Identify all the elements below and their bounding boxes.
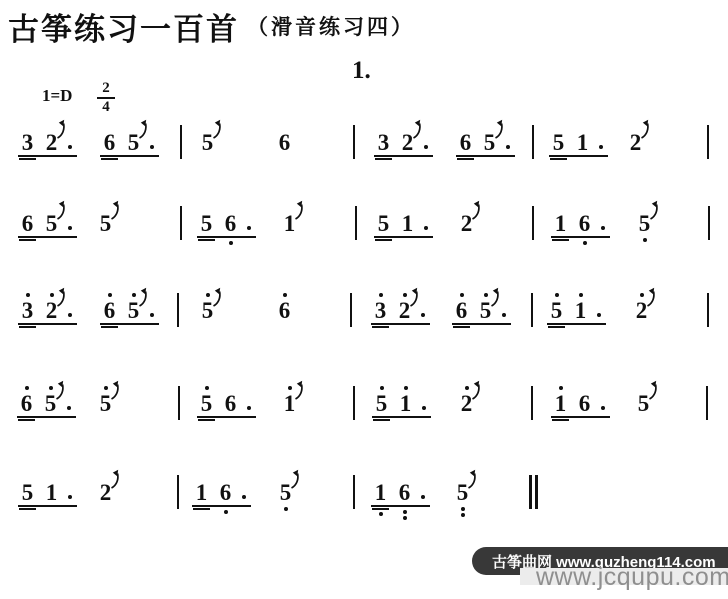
octave-dot-low — [461, 513, 465, 517]
note: 6 — [19, 393, 34, 415]
barline — [180, 206, 182, 240]
augmentation-dot — [68, 313, 72, 317]
upward-slide-icon — [289, 469, 302, 489]
note-group: 65 — [452, 300, 511, 325]
note: 2 — [459, 213, 474, 235]
octave-dot-high — [206, 293, 210, 297]
octave-dot-low — [583, 241, 587, 245]
sixteenth-line — [101, 326, 118, 328]
upward-slide-icon — [470, 380, 483, 400]
note: 5 — [200, 132, 215, 154]
upward-slide-icon — [408, 287, 421, 307]
note: 6 — [20, 213, 35, 235]
octave-dot-high — [579, 293, 583, 297]
note: 5 — [549, 300, 564, 322]
upward-slide-icon — [137, 119, 150, 139]
score-area: 3265563265512655561512165326556326551265… — [0, 0, 728, 599]
augmentation-dot — [68, 495, 72, 499]
note: 1 — [553, 213, 568, 235]
note-digit: 5 — [20, 482, 35, 504]
note-digit: 1 — [575, 132, 590, 154]
octave-dot-high — [403, 293, 407, 297]
upward-slide-icon — [109, 380, 122, 400]
barline — [532, 125, 534, 159]
sixteenth-line — [372, 326, 389, 328]
sixteenth-line — [457, 158, 474, 160]
note-digit: 6 — [454, 300, 469, 322]
note: 5 — [374, 393, 389, 415]
upward-slide-icon — [293, 200, 306, 220]
octave-dot-high — [108, 293, 112, 297]
augmentation-dot — [247, 226, 251, 230]
augmentation-dot — [601, 406, 605, 410]
note-cell: 5 — [98, 393, 113, 415]
note: 5 — [44, 213, 59, 235]
augmentation-dot — [506, 145, 510, 149]
sixteenth-line — [550, 158, 567, 160]
barline — [353, 386, 355, 420]
barline — [708, 206, 710, 240]
note-cell: 5 — [455, 482, 470, 504]
upward-slide-icon — [489, 287, 502, 307]
sixteenth-line — [552, 239, 569, 241]
note-digit: 6 — [19, 393, 34, 415]
note-cell: 1 — [282, 393, 297, 415]
sheet-music-page: 古筝练习一百首 （滑音练习四） 1. 1=D 2 4 3265563265512… — [0, 0, 728, 599]
note-digit: 6 — [223, 393, 238, 415]
note: 5 — [20, 482, 35, 504]
note-group: 16 — [371, 482, 430, 507]
note: 6 — [458, 132, 473, 154]
note: 5 — [98, 393, 113, 415]
augmentation-dot — [150, 145, 154, 149]
note-digit: 3 — [376, 132, 391, 154]
sixteenth-line — [19, 326, 36, 328]
augmentation-dot — [424, 145, 428, 149]
sixteenth-line — [19, 158, 36, 160]
octave-dot-low — [229, 241, 233, 245]
note-group: 65 — [18, 213, 77, 238]
note-cell: 2 — [628, 132, 643, 154]
augmentation-dot — [68, 145, 72, 149]
note-group: 32 — [371, 300, 430, 325]
note-digit: 6 — [397, 482, 412, 504]
note-cell: 5 — [278, 482, 293, 504]
note: 2 — [397, 300, 412, 322]
upward-slide-icon — [54, 380, 67, 400]
note-digit: 1 — [194, 482, 209, 504]
sixteenth-line — [18, 419, 35, 421]
note-digit: 5 — [199, 213, 214, 235]
note-group: 16 — [551, 393, 610, 418]
note: 6 — [577, 393, 592, 415]
augmentation-dot — [67, 406, 71, 410]
note-digit: 1 — [398, 393, 413, 415]
note-digit: 5 — [376, 213, 391, 235]
sixteenth-line — [375, 158, 392, 160]
barline — [177, 293, 179, 327]
score-line: 512165165 — [0, 482, 728, 504]
note: 1 — [573, 300, 588, 322]
augmentation-dot — [421, 313, 425, 317]
note-group: 65 — [456, 132, 515, 157]
note-group: 65 — [100, 132, 159, 157]
sixteenth-line — [372, 508, 389, 510]
note: 1 — [400, 213, 415, 235]
note: 1 — [282, 213, 297, 235]
barline — [706, 386, 708, 420]
sixteenth-line — [198, 419, 215, 421]
final-barline — [529, 475, 538, 509]
note-group: 32 — [374, 132, 433, 157]
score-line: 3265563265512 — [0, 300, 728, 322]
augmentation-dot — [597, 313, 601, 317]
augmentation-dot — [247, 406, 251, 410]
octave-dot-high — [380, 386, 384, 390]
note-digit: 5 — [549, 300, 564, 322]
note-cell: 2 — [634, 300, 649, 322]
octave-dot-high — [559, 386, 563, 390]
note: 2 — [44, 132, 59, 154]
note: 6 — [454, 300, 469, 322]
note-digit: 6 — [277, 132, 292, 154]
upward-slide-icon — [55, 119, 68, 139]
note-digit: 6 — [577, 213, 592, 235]
augmentation-dot — [424, 226, 428, 230]
note-digit: 3 — [20, 300, 35, 322]
note: 6 — [577, 213, 592, 235]
augmentation-dot — [422, 406, 426, 410]
upward-slide-icon — [211, 287, 224, 307]
note-group: 56 — [197, 393, 256, 418]
upward-slide-icon — [648, 200, 661, 220]
note: 5 — [455, 482, 470, 504]
augmentation-dot — [599, 145, 603, 149]
note-digit: 6 — [577, 393, 592, 415]
note: 6 — [277, 132, 292, 154]
sixteenth-line — [375, 239, 392, 241]
note-group: 56 — [197, 213, 256, 238]
note: 2 — [634, 300, 649, 322]
octave-dot-high — [379, 293, 383, 297]
octave-dot-high — [25, 386, 29, 390]
upward-slide-icon — [647, 380, 660, 400]
note: 5 — [551, 132, 566, 154]
barline — [531, 386, 533, 420]
upward-slide-icon — [470, 200, 483, 220]
upward-slide-icon — [493, 119, 506, 139]
octave-dot-low — [379, 512, 383, 516]
note: 1 — [194, 482, 209, 504]
octave-dot-high — [283, 293, 287, 297]
note-group: 32 — [18, 132, 77, 157]
note: 3 — [20, 132, 35, 154]
note: 5 — [637, 213, 652, 235]
note: 6 — [223, 213, 238, 235]
octave-dot-high — [50, 293, 54, 297]
note: 5 — [98, 213, 113, 235]
sixteenth-line — [193, 508, 210, 510]
octave-dot-low — [284, 507, 288, 511]
note-digit: 1 — [553, 393, 568, 415]
note-digit: 5 — [199, 393, 214, 415]
augmentation-dot — [421, 495, 425, 499]
note-digit: 1 — [573, 300, 588, 322]
note: 6 — [102, 300, 117, 322]
note: 1 — [398, 393, 413, 415]
note: 2 — [44, 300, 59, 322]
score-line: 655561512165 — [0, 213, 728, 235]
note-cell: 5 — [200, 132, 215, 154]
note: 5 — [478, 300, 493, 322]
note-cell: 6 — [277, 132, 292, 154]
upward-slide-icon — [411, 119, 424, 139]
barline — [177, 475, 179, 509]
note-group: 51 — [374, 213, 433, 238]
note-cell: 5 — [200, 300, 215, 322]
upward-slide-icon — [137, 287, 150, 307]
augmentation-dot — [68, 226, 72, 230]
sixteenth-line — [19, 239, 36, 241]
note-digit: 1 — [373, 482, 388, 504]
barline — [353, 125, 355, 159]
barline — [353, 475, 355, 509]
note-cell: 2 — [98, 482, 113, 504]
augmentation-dot — [601, 226, 605, 230]
sixteenth-line — [198, 239, 215, 241]
watermark-url: www.jcqupu.com — [536, 563, 728, 592]
note-cell: 2 — [459, 213, 474, 235]
note: 2 — [628, 132, 643, 154]
octave-dot-low — [403, 510, 407, 514]
barline — [532, 206, 534, 240]
octave-dot-high — [640, 293, 644, 297]
octave-dot-high — [404, 386, 408, 390]
note-group: 32 — [18, 300, 77, 325]
note: 3 — [20, 300, 35, 322]
note: 3 — [373, 300, 388, 322]
note: 5 — [126, 300, 141, 322]
sixteenth-line — [548, 326, 565, 328]
note: 1 — [44, 482, 59, 504]
note-digit: 6 — [223, 213, 238, 235]
octave-dot-high — [465, 386, 469, 390]
score-line: 655561512165 — [0, 393, 728, 415]
note-group: 65 — [17, 393, 76, 418]
note-group: 51 — [372, 393, 431, 418]
note-cell: 6 — [277, 300, 292, 322]
octave-dot-high — [49, 386, 53, 390]
note-group: 51 — [18, 482, 77, 507]
note-digit: 6 — [102, 132, 117, 154]
note-digit: 5 — [551, 132, 566, 154]
upward-slide-icon — [211, 119, 224, 139]
note-digit: 6 — [218, 482, 233, 504]
barline — [531, 293, 533, 327]
sixteenth-line — [373, 419, 390, 421]
octave-dot-high — [132, 293, 136, 297]
note: 1 — [373, 482, 388, 504]
note-cell: 5 — [637, 213, 652, 235]
octave-dot-high — [484, 293, 488, 297]
note-digit: 1 — [553, 213, 568, 235]
note: 3 — [376, 132, 391, 154]
note: 5 — [278, 482, 293, 504]
note-digit: 6 — [277, 300, 292, 322]
barline — [707, 293, 709, 327]
octave-dot-high — [288, 386, 292, 390]
octave-dot-high — [26, 293, 30, 297]
note: 6 — [102, 132, 117, 154]
barline — [355, 206, 357, 240]
note: 1 — [575, 132, 590, 154]
note: 5 — [199, 213, 214, 235]
octave-dot-high — [460, 293, 464, 297]
note: 6 — [223, 393, 238, 415]
note: 2 — [459, 393, 474, 415]
upward-slide-icon — [109, 469, 122, 489]
sixteenth-line — [101, 158, 118, 160]
note-group: 16 — [192, 482, 251, 507]
note: 5 — [636, 393, 651, 415]
note: 2 — [98, 482, 113, 504]
note: 6 — [218, 482, 233, 504]
note: 5 — [43, 393, 58, 415]
octave-dot-low — [461, 507, 465, 511]
barline — [180, 125, 182, 159]
sixteenth-line — [19, 508, 36, 510]
note-digit: 1 — [400, 213, 415, 235]
octave-dot-high — [104, 386, 108, 390]
upward-slide-icon — [293, 380, 306, 400]
note-cell: 5 — [636, 393, 651, 415]
note-group: 51 — [549, 132, 608, 157]
note-digit: 3 — [373, 300, 388, 322]
upward-slide-icon — [645, 287, 658, 307]
note: 6 — [397, 482, 412, 504]
barline — [178, 386, 180, 420]
augmentation-dot — [242, 495, 246, 499]
octave-dot-low — [643, 238, 647, 242]
note-digit: 5 — [374, 393, 389, 415]
note-group: 65 — [100, 300, 159, 325]
note-cell: 2 — [459, 393, 474, 415]
score-line: 3265563265512 — [0, 132, 728, 154]
sixteenth-line — [453, 326, 470, 328]
note-digit: 6 — [102, 300, 117, 322]
upward-slide-icon — [55, 200, 68, 220]
augmentation-dot — [150, 313, 154, 317]
note: 5 — [199, 393, 214, 415]
note-group: 51 — [547, 300, 606, 325]
note: 2 — [400, 132, 415, 154]
note: 5 — [482, 132, 497, 154]
note-cell: 1 — [282, 213, 297, 235]
note-digit: 6 — [20, 213, 35, 235]
barline — [350, 293, 352, 327]
upward-slide-icon — [466, 469, 479, 489]
note: 5 — [376, 213, 391, 235]
augmentation-dot — [502, 313, 506, 317]
upward-slide-icon — [109, 200, 122, 220]
barline — [707, 125, 709, 159]
note-digit: 3 — [20, 132, 35, 154]
note-cell: 5 — [98, 213, 113, 235]
note-group: 16 — [551, 213, 610, 238]
octave-dot-low — [403, 516, 407, 520]
note: 1 — [282, 393, 297, 415]
note-digit: 1 — [44, 482, 59, 504]
note: 5 — [200, 300, 215, 322]
sixteenth-line — [552, 419, 569, 421]
octave-dot-low — [224, 510, 228, 514]
note-digit: 6 — [458, 132, 473, 154]
note: 6 — [277, 300, 292, 322]
upward-slide-icon — [55, 287, 68, 307]
upward-slide-icon — [639, 119, 652, 139]
note: 1 — [553, 393, 568, 415]
octave-dot-high — [555, 293, 559, 297]
octave-dot-high — [205, 386, 209, 390]
note: 5 — [126, 132, 141, 154]
